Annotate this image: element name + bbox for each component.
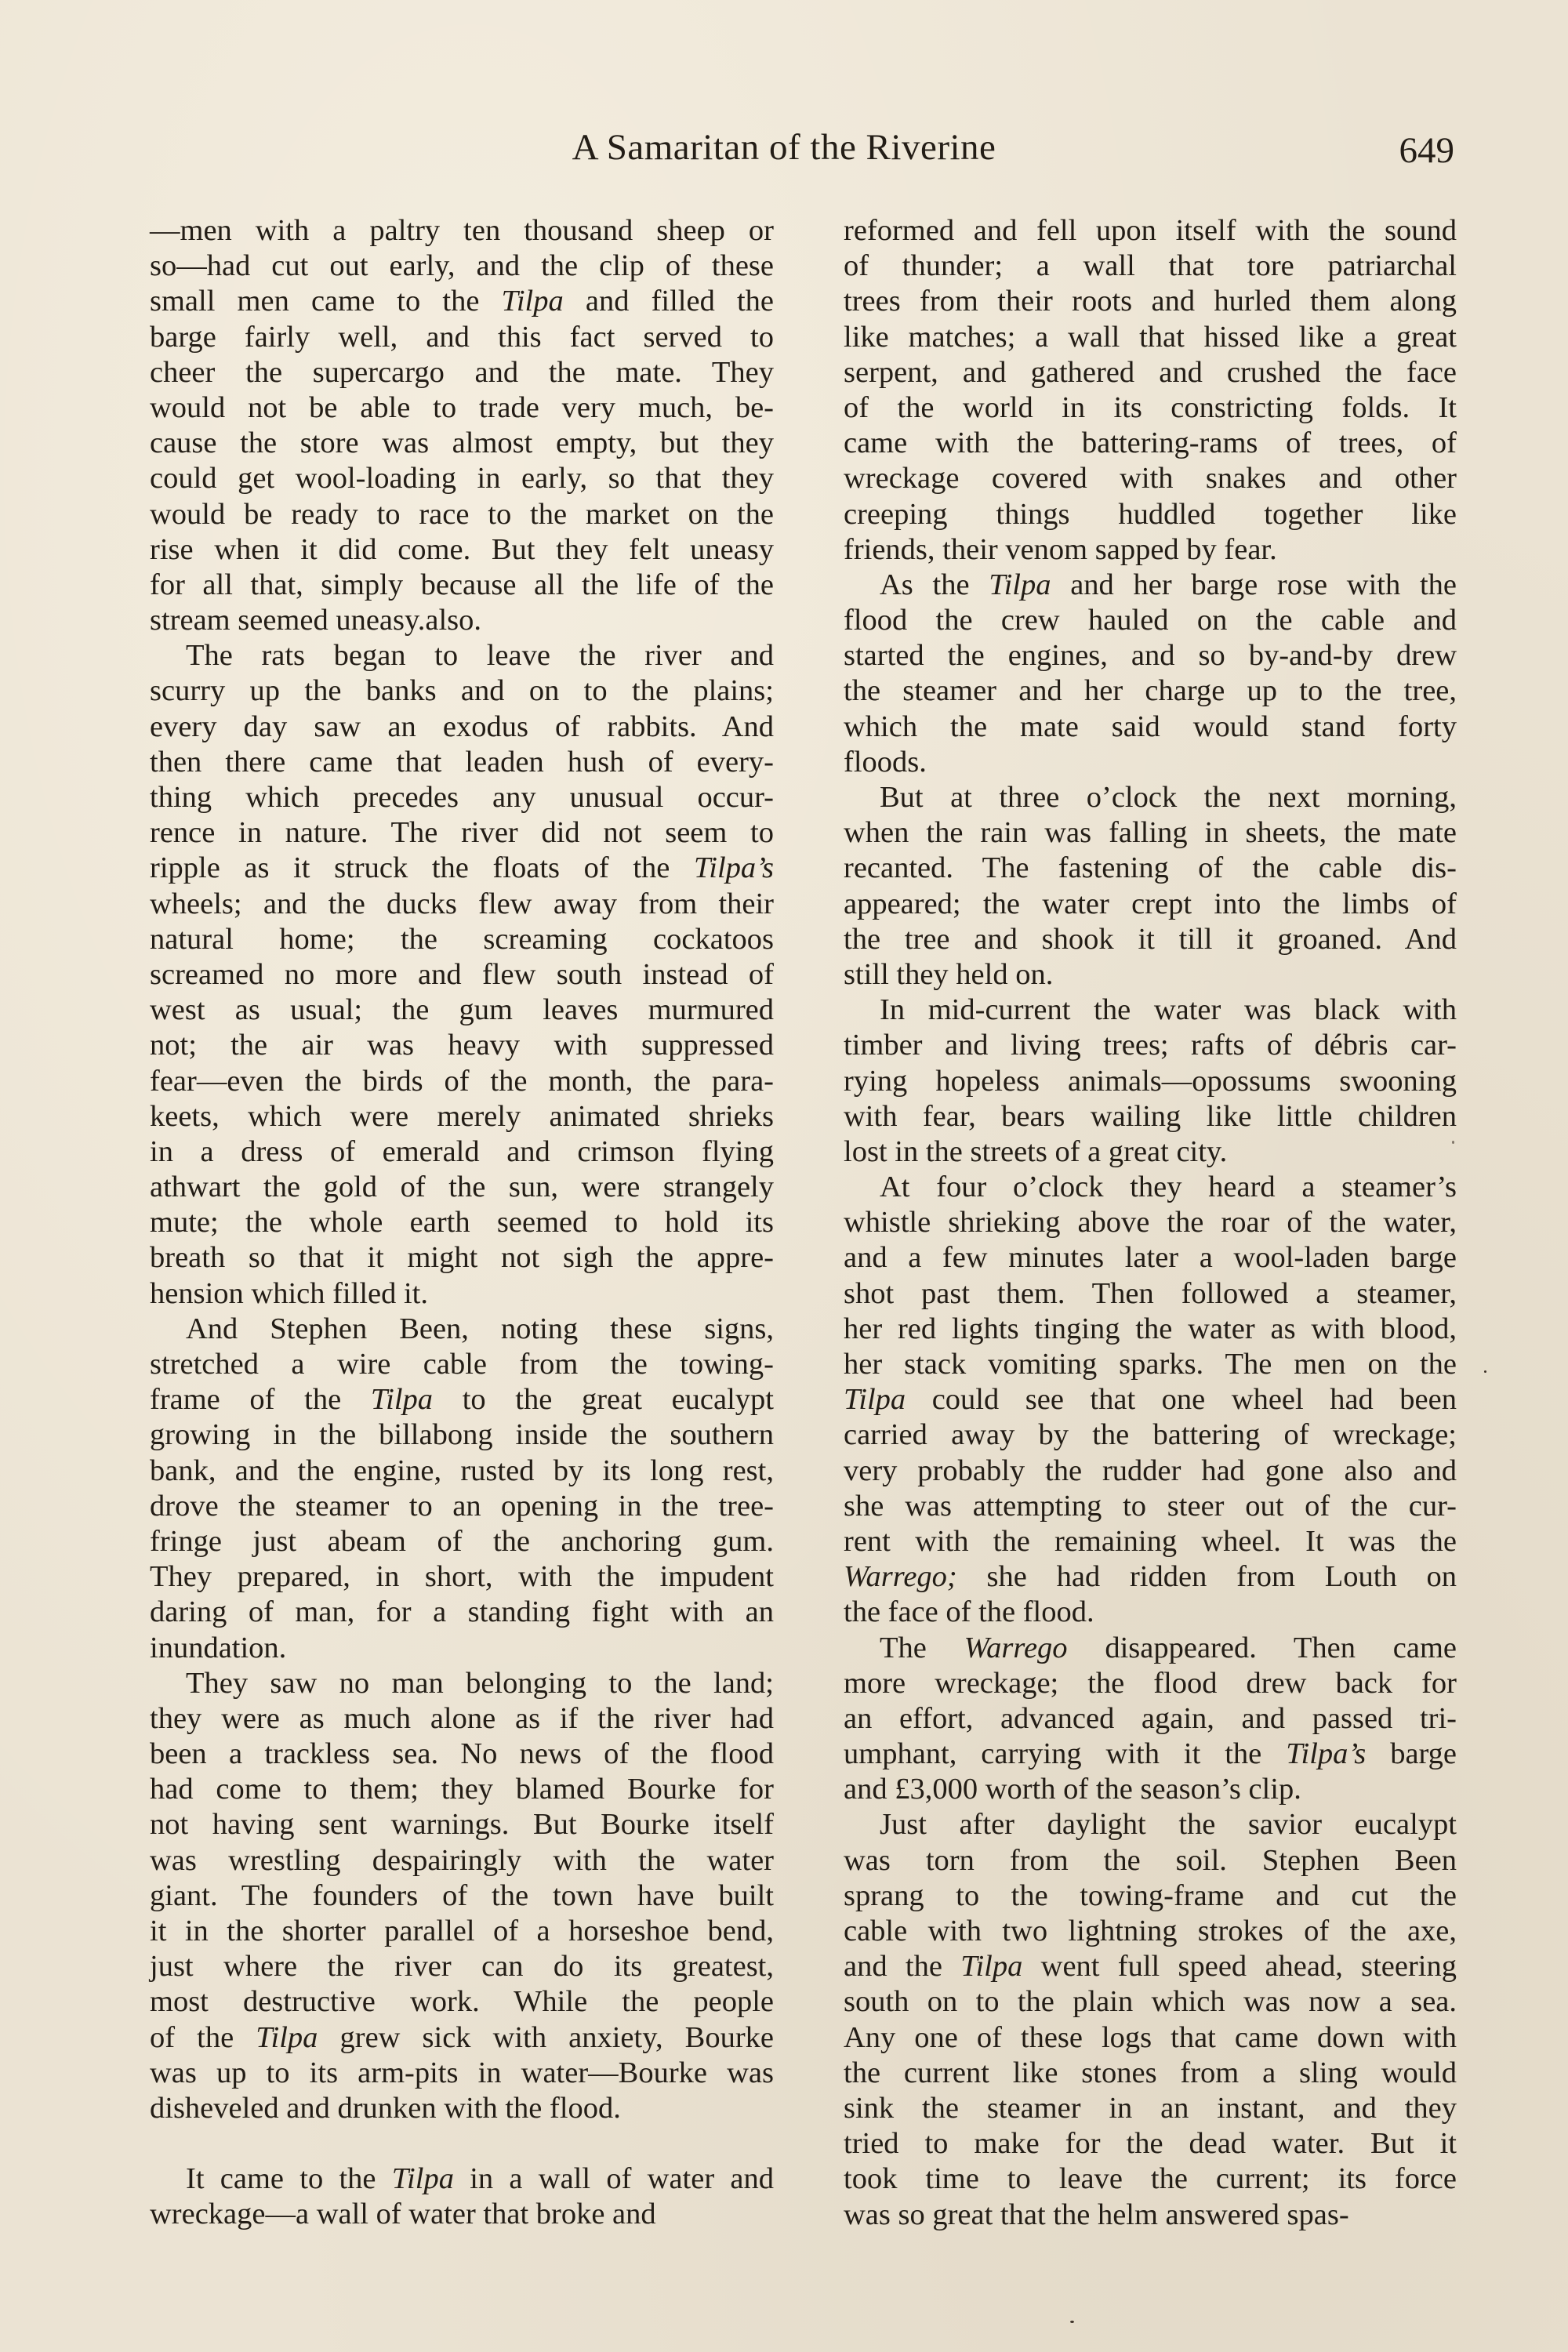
text-line: the steamer and her charge up to the tre… — [808, 673, 1457, 709]
text-line: thing which precedes any unusual occur- — [114, 780, 774, 815]
text-line: of the world in its constricting folds. … — [808, 390, 1457, 426]
paragraph: At four o’clock they heard a steamer’swh… — [808, 1170, 1457, 1630]
text-line: wreckage covered with snakes and other — [808, 461, 1457, 496]
text-line: most destructive work. While the people — [114, 1984, 774, 2020]
text-line: would be ready to race to the market on … — [114, 497, 774, 532]
text-line: wreckage—a wall of water that broke and — [114, 2197, 774, 2232]
text-line: more wreckage; the flood drew back for — [808, 1666, 1457, 1701]
text-line: creeping things huddled together like — [808, 497, 1457, 532]
text-line: At four o’clock they heard a steamer’s — [808, 1170, 1457, 1205]
text-line: disheveled and drunken with the flood. — [114, 2091, 774, 2126]
text-line: athwart the gold of the sun, were strang… — [114, 1170, 774, 1205]
text-line: very probably the rudder had gone also a… — [808, 1454, 1457, 1489]
text-line: trees from their roots and hurled them a… — [808, 284, 1457, 319]
text-line: then there came that leaden hush of ever… — [114, 745, 774, 780]
paragraph: —men with a paltry ten thousand sheep or… — [114, 213, 774, 638]
text-line: was wrestling despairingly with the wate… — [114, 1843, 774, 1878]
text-line: stream seemed uneasy.also. — [114, 603, 774, 638]
text-line: cheer the supercargo and the mate. They — [114, 355, 774, 390]
text-line: they were as much alone as if the river … — [114, 1701, 774, 1737]
text-line: in a dress of emerald and crimson flying — [114, 1134, 774, 1170]
text-line: not having sent warnings. But Bourke its… — [114, 1807, 774, 1842]
text-line: still they held on. — [808, 957, 1457, 993]
text-line: the face of the flood. — [808, 1595, 1457, 1630]
text-line: The Warrego disappeared. Then came — [808, 1631, 1457, 1666]
text-line: was torn from the soil. Stephen Been — [808, 1843, 1457, 1878]
text-line: came with the battering-rams of trees, o… — [808, 426, 1457, 461]
running-header: A Samaritan of the Riverine 649 — [114, 124, 1454, 171]
right-column: reformed and fell upon itself with the s… — [808, 213, 1457, 2233]
text-line: natural home; the screaming cockatoos — [114, 922, 774, 957]
ship-name: Tilpa’s — [1286, 1737, 1366, 1770]
text-line: and a few minutes later a wool-laden bar… — [808, 1240, 1457, 1276]
text-line: Any one of these logs that came down wit… — [808, 2020, 1457, 2056]
text-line: rying hopeless animals—opossums swooning — [808, 1064, 1457, 1099]
ship-name: Warrego — [964, 1632, 1068, 1664]
paragraph: Just after daylight the savior eucalyptw… — [808, 1807, 1457, 2232]
text-line: bank, and the engine, rusted by its long… — [114, 1454, 774, 1489]
page-number: 649 — [1399, 127, 1455, 174]
text-line: carried away by the battering of wreckag… — [808, 1417, 1457, 1453]
text-line: it in the shorter parallel of a horsesho… — [114, 1914, 774, 1949]
paragraph: As the Tilpa and her barge rose with the… — [808, 568, 1457, 780]
text-line: stretched a wire cable from the towing- — [114, 1347, 774, 1382]
paragraph: And Stephen Been, noting these signs,str… — [114, 1312, 774, 1666]
ship-name: Tilpa — [256, 2021, 318, 2054]
text-line: ripple as it struck the floats of the Ti… — [114, 851, 774, 886]
text-line: daring of man, for a standing fight with… — [114, 1595, 774, 1630]
text-line: tried to make for the dead water. But it — [808, 2126, 1457, 2161]
text-line: But at three o’clock the next morning, — [808, 780, 1457, 815]
text-line: Warrego; she had ridden from Louth on — [808, 1559, 1457, 1595]
text-line: rise when it did come. But they felt une… — [114, 532, 774, 568]
text-line: umphant, carrying with it the Tilpa’s ba… — [808, 1737, 1457, 1772]
text-line: wheels; and the ducks flew away from the… — [114, 887, 774, 922]
text-line: her red lights tinging the water as with… — [808, 1312, 1457, 1347]
text-line: In mid-current the water was black with — [808, 993, 1457, 1028]
text-line: an effort, advanced again, and passed tr… — [808, 1701, 1457, 1737]
text-line: appeared; the water crept into the limbs… — [808, 887, 1457, 922]
text-line: flood the crew hauled on the cable and — [808, 603, 1457, 638]
text-line: west as usual; the gum leaves murmured — [114, 993, 774, 1028]
text-line: shot past them. Then followed a steamer, — [808, 1276, 1457, 1312]
text-line: was so great that the helm answered spas… — [808, 2198, 1457, 2233]
text-line: scurry up the banks and on to the plains… — [114, 673, 774, 709]
text-line: which the mate said would stand forty — [808, 710, 1457, 745]
text-line: started the engines, and so by-and-by dr… — [808, 638, 1457, 673]
text-line: serpent, and gathered and crushed the fa… — [808, 355, 1457, 390]
text-line: the tree and shook it till it groaned. A… — [808, 922, 1457, 957]
paper-speck — [1070, 2321, 1074, 2323]
text-line: recanted. The fastening of the cable dis… — [808, 851, 1457, 886]
text-line: had come to them; they blamed Bourke for — [114, 1772, 774, 1807]
text-line: with fear, bears wailing like little chi… — [808, 1099, 1457, 1134]
paragraph: The rats began to leave the river andscu… — [114, 638, 774, 1312]
text-line: They saw no man belonging to the land; — [114, 1666, 774, 1701]
text-line: cause the store was almost empty, but th… — [114, 426, 774, 461]
text-line: They prepared, in short, with the impude… — [114, 1559, 774, 1595]
ship-name: Tilpa — [844, 1383, 906, 1416]
text-line: sprang to the towing-frame and cut the — [808, 1878, 1457, 1914]
text-line: hension which filled it. — [114, 1276, 774, 1312]
text-line: drove the steamer to an opening in the t… — [114, 1489, 774, 1524]
text-line: her stack vomiting sparks. The men on th… — [808, 1347, 1457, 1382]
text-line: floods. — [808, 745, 1457, 780]
paragraph: They saw no man belonging to the land;th… — [114, 1666, 774, 2126]
running-title: A Samaritan of the Riverine — [114, 124, 1454, 171]
text-line: And Stephen Been, noting these signs, — [114, 1312, 774, 1347]
text-line: As the Tilpa and her barge rose with the — [808, 568, 1457, 603]
text-line: fringe just abeam of the anchoring gum. — [114, 1524, 774, 1559]
text-line: inundation. — [114, 1631, 774, 1666]
text-line: friends, their venom sapped by fear. — [808, 532, 1457, 568]
text-line: like matches; a wall that hissed like a … — [808, 320, 1457, 355]
text-line: keets, which were merely animated shriek… — [114, 1099, 774, 1134]
text-line: every day saw an exodus of rabbits. And — [114, 710, 774, 745]
text-line: she was attempting to steer out of the c… — [808, 1489, 1457, 1524]
paragraph: The Warrego disappeared. Then camemore w… — [808, 1631, 1457, 1808]
text-line: when the rain was falling in sheets, the… — [808, 815, 1457, 851]
text-line: screamed no more and flew south instead … — [114, 957, 774, 993]
text-line: mute; the whole earth seemed to hold its — [114, 1205, 774, 1240]
text-line: small men came to the Tilpa and filled t… — [114, 284, 774, 319]
text-line: frame of the Tilpa to the great eucalypt — [114, 1382, 774, 1417]
book-page: A Samaritan of the Riverine 649 —men wit… — [0, 0, 1568, 2352]
paragraph: It came to the Tilpa in a wall of water … — [114, 2161, 774, 2232]
text-line: south on to the plain which was now a se… — [808, 1984, 1457, 2020]
ship-name: Tilpa — [502, 285, 564, 318]
ship-name: Warrego; — [844, 1560, 957, 1593]
text-line: The rats began to leave the river and — [114, 638, 774, 673]
text-line: cable with two lightning strokes of the … — [808, 1914, 1457, 1949]
text-line: could get wool-loading in early, so that… — [114, 461, 774, 496]
paragraph: reformed and fell upon itself with the s… — [808, 213, 1457, 568]
text-line: reformed and fell upon itself with the s… — [808, 213, 1457, 249]
ship-name: Tilpa — [371, 1383, 433, 1416]
text-line: of the Tilpa grew sick with anxiety, Bou… — [114, 2020, 774, 2056]
text-line: lost in the streets of a great city. — [808, 1134, 1457, 1170]
ship-name: Tilpa — [989, 568, 1051, 601]
text-line: fear—even the birds of the month, the pa… — [114, 1064, 774, 1099]
text-line: for all that, simply because all the lif… — [114, 568, 774, 603]
text-line: just where the river can do its greatest… — [114, 1949, 774, 1984]
paragraph: In mid-current the water was black witht… — [808, 993, 1457, 1170]
text-line: not; the air was heavy with suppressed — [114, 1028, 774, 1063]
ship-name: Tilpa — [392, 2162, 454, 2195]
text-line: It came to the Tilpa in a wall of water … — [114, 2161, 774, 2197]
text-line: rence in nature. The river did not seem … — [114, 815, 774, 851]
text-line: timber and living trees; rafts of débris… — [808, 1028, 1457, 1063]
text-line: the current like stones from a sling wou… — [808, 2056, 1457, 2091]
paragraph: But at three o’clock the next morning,wh… — [808, 780, 1457, 993]
text-line: Just after daylight the savior eucalypt — [808, 1807, 1457, 1842]
text-line: whistle shrieking above the roar of the … — [808, 1205, 1457, 1240]
text-line: and £3,000 worth of the season’s clip. — [808, 1772, 1457, 1807]
text-line: and the Tilpa went full speed ahead, ste… — [808, 1949, 1457, 1984]
paper-speck — [1484, 1370, 1486, 1373]
text-line: growing in the billabong inside the sout… — [114, 1417, 774, 1453]
ship-name: Tilpa — [960, 1950, 1022, 1983]
text-line: been a trackless sea. No news of the flo… — [114, 1737, 774, 1772]
text-line: so—had cut out early, and the clip of th… — [114, 249, 774, 284]
left-column: —men with a paltry ten thousand sheep or… — [114, 213, 774, 2233]
text-line: barge fairly well, and this fact served … — [114, 320, 774, 355]
text-line: breath so that it might not sigh the app… — [114, 1240, 774, 1276]
text-line: giant. The founders of the town have bui… — [114, 1878, 774, 1914]
text-line: took time to leave the current; its forc… — [808, 2161, 1457, 2197]
ship-name: Tilpa’s — [694, 851, 774, 884]
text-line: of thunder; a wall that tore patriarchal — [808, 249, 1457, 284]
text-line: sink the steamer in an instant, and they — [808, 2091, 1457, 2126]
text-line: would not be able to trade very much, be… — [114, 390, 774, 426]
text-line: —men with a paltry ten thousand sheep or — [114, 213, 774, 249]
paper-speck — [1452, 1141, 1454, 1144]
text-line: was up to its arm-pits in water—Bourke w… — [114, 2056, 774, 2091]
text-line: rent with the remaining wheel. It was th… — [808, 1524, 1457, 1559]
text-line: Tilpa could see that one wheel had been — [808, 1382, 1457, 1417]
